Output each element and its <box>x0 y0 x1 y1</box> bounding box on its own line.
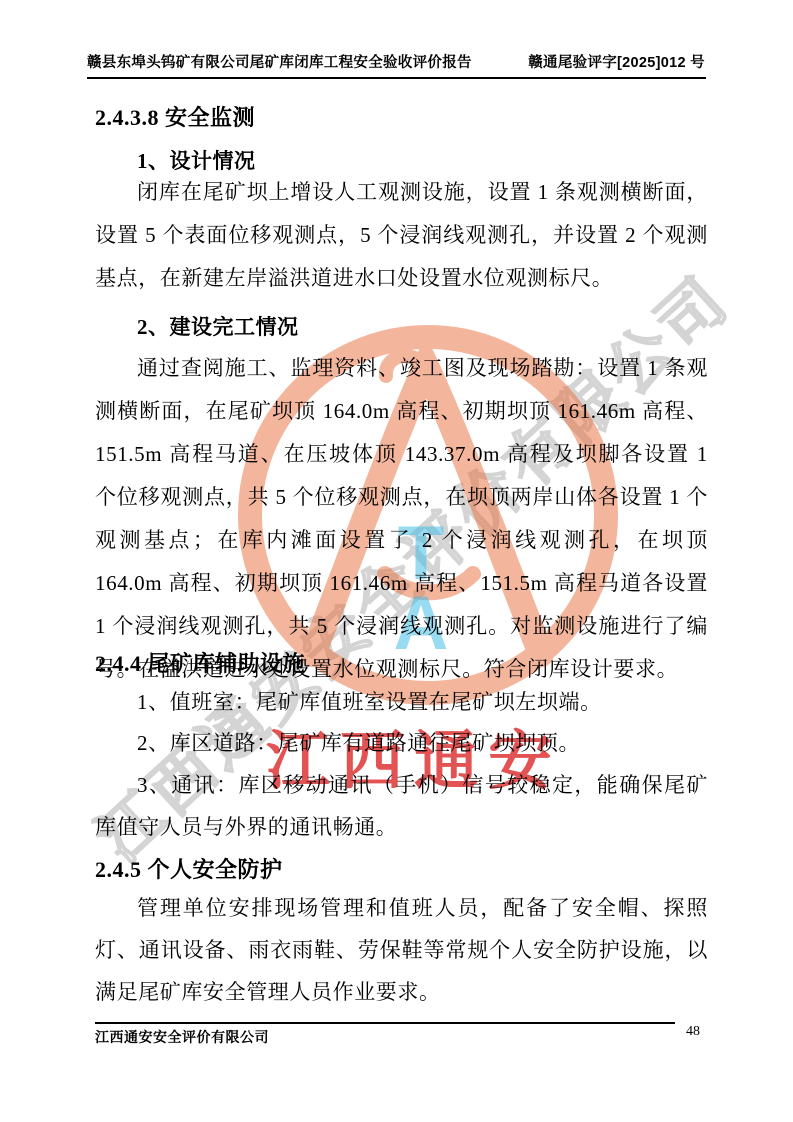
list-item-duty-room: 1、值班室：尾矿库值班室设置在尾矿坝左坝端。 <box>95 681 708 723</box>
heading-2-4-5-personal-protection: 2.4.5 个人安全防护 <box>95 853 283 884</box>
header-rule <box>87 77 706 79</box>
subheading-construction-completion: 2、建设完工情况 <box>137 311 299 341</box>
document-page: 赣县东埠头钨矿有限公司尾矿库闭库工程安全验收评价报告 赣通尾验评字[2025]0… <box>0 0 793 1122</box>
list-item-communication: 3、通讯：库区移动通讯（手机）信号较稳定，能确保尾矿库值守人员与外界的通讯畅通。 <box>95 764 708 848</box>
paragraph-personal-protection: 管理单位安排现场管理和值班人员，配备了安全帽、探照灯、通讯设备、雨衣雨鞋、劳保鞋… <box>95 887 708 1013</box>
footer-page-number: 48 <box>686 1024 700 1040</box>
paragraph-design-situation: 闭库在尾矿坝上增设人工观测设施，设置 1 条观测横断面，设置 5 个表面位移观测… <box>95 171 708 300</box>
header-doc-title: 赣县东埠头钨矿有限公司尾矿库闭库工程安全验收评价报告 <box>87 51 472 72</box>
heading-2-4-3-8-safety-monitoring: 2.4.3.8 安全监测 <box>95 101 255 132</box>
footer-rule <box>95 1022 675 1024</box>
footer-company-name: 江西通安安全评价有限公司 <box>95 1027 269 1047</box>
heading-2-4-4-auxiliary-facilities: 2.4.4 尾矿库辅助设施 <box>95 647 305 678</box>
paragraph-construction-completion: 通过查阅施工、监理资料、竣工图及现场踏勘：设置 1 条观测横断面，在尾矿坝顶 1… <box>95 347 708 691</box>
list-item-area-road: 2、库区道路：尾矿库有道路通往尾矿坝坝顶。 <box>95 722 708 764</box>
header-doc-number: 赣通尾验评字[2025]012 号 <box>528 51 705 72</box>
